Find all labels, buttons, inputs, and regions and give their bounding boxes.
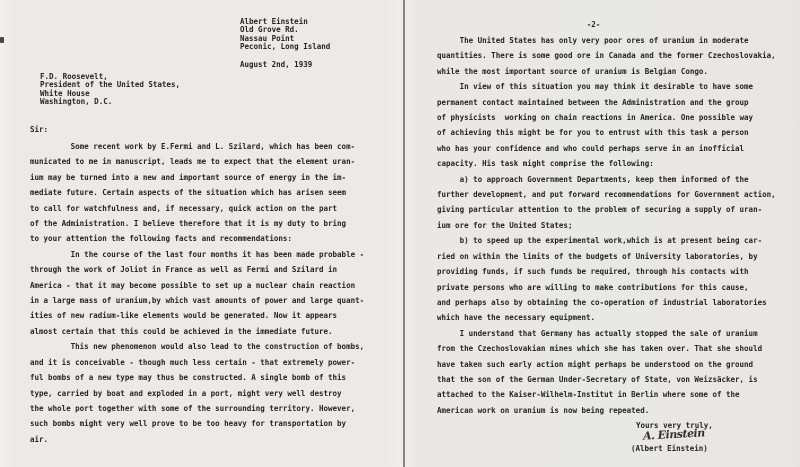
text-line: and it is conceivable - though much less… (30, 355, 364, 370)
text-line: from the Czechoslovakian mines which she… (437, 341, 776, 356)
text-line: In the course of the last four months it… (30, 247, 364, 262)
text-line: further development, and put forward rec… (437, 187, 776, 202)
text-line: to call for watchfulness and, if necessa… (30, 201, 364, 216)
letter-page-2: -2- The United States has only very poor… (405, 0, 800, 467)
text-line: which have the necessary equipment. (437, 310, 776, 325)
text-line: America - that it may become possible to… (30, 278, 364, 293)
text-line: that the son of the German Under-Secreta… (437, 372, 776, 387)
scan-artifact-speck (0, 37, 4, 43)
text-line: American work on uranium is now being re… (437, 403, 776, 418)
page2-body-text: The United States has only very poor ore… (437, 33, 776, 418)
text-line: of achieving this might be for you to en… (437, 125, 776, 140)
text-line: ities of new radium-like elements would … (30, 308, 364, 323)
text-line: almost certain that this could be achiev… (30, 324, 364, 339)
text-line: ium ore for the United States; (437, 218, 776, 233)
text-line: Washington, D.C. (40, 98, 180, 106)
text-line: ful bombs of a new type may thus be cons… (30, 370, 364, 385)
text-line: attached to the Kaiser-Wilhelm-Institut … (437, 387, 776, 402)
text-line: municated to me in manuscript, leads me … (30, 154, 364, 169)
text-line: This new phenomenon would also lead to t… (30, 339, 364, 354)
salutation: Sir: (30, 125, 48, 134)
typed-signature-name: (Albert Einstein) (631, 444, 708, 453)
text-line: through the work of Joliot in France as … (30, 262, 364, 277)
text-line: in a large mass of uranium,by which vast… (30, 293, 364, 308)
text-line: I understand that Germany has actually s… (437, 326, 776, 341)
date-line: August 2nd, 1939 (240, 60, 312, 69)
text-line: ried on within the limits of the budgets… (437, 249, 776, 264)
page1-body-text: Some recent work by E.Fermi and L. Szila… (30, 139, 364, 447)
text-line: to your attention the following facts an… (30, 231, 364, 246)
text-line: of physicists working on chain reactions… (437, 110, 776, 125)
text-line: of the Administration. I believe therefo… (30, 216, 364, 231)
text-line: capacity. His task might comprise the fo… (437, 156, 776, 171)
letter-scan: Albert EinsteinOld Grove Rd.Nassau Point… (0, 0, 800, 467)
text-line: air. (30, 432, 364, 447)
text-line: such bombs might very well prove to be t… (30, 416, 364, 431)
text-line: private persons who are willing to make … (437, 280, 776, 295)
text-line: a) to approach Government Departments, k… (437, 172, 776, 187)
text-line: b) to speed up the experimental work,whi… (437, 233, 776, 248)
text-line: ium may be turned into a new and importa… (30, 170, 364, 185)
handwritten-signature: A. Einstein (643, 426, 705, 442)
text-line: and perhaps also by obtaining the co-ope… (437, 295, 776, 310)
text-line: the whole port together with some of the… (30, 401, 364, 416)
sender-address-block: Albert EinsteinOld Grove Rd.Nassau Point… (240, 18, 330, 52)
text-line: mediate future. Certain aspects of the s… (30, 185, 364, 200)
recipient-address-block: F.D. Roosevelt,President of the United S… (40, 73, 180, 107)
text-line: providing funds, if such funds be requir… (437, 264, 776, 279)
text-line: giving particular attention to the probl… (437, 202, 776, 217)
text-line: while the most important source of urani… (437, 64, 776, 79)
page-number: -2- (405, 20, 782, 29)
text-line: type, carried by boat and exploded in a … (30, 386, 364, 401)
text-line: who has your confidence and who could pe… (437, 141, 776, 156)
text-line: Some recent work by E.Fermi and L. Szila… (30, 139, 364, 154)
text-line: The United States has only very poor ore… (437, 33, 776, 48)
text-line: Peconic, Long Island (240, 43, 330, 51)
text-line: permanent contact maintained between the… (437, 95, 776, 110)
text-line: quantities. There is some good ore in Ca… (437, 48, 776, 63)
letter-page-1: Albert EinsteinOld Grove Rd.Nassau Point… (0, 0, 403, 467)
text-line: In view of this situation you may think … (437, 79, 776, 94)
text-line: have taken such early action might perha… (437, 357, 776, 372)
